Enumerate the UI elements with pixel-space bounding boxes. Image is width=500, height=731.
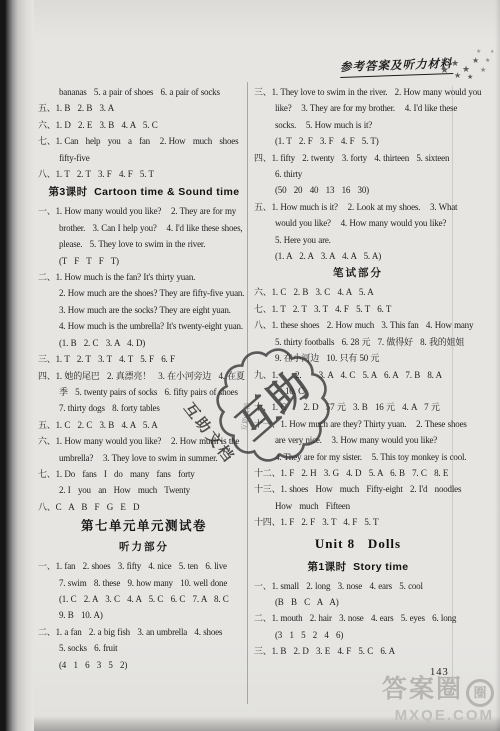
star-icon: ★ — [490, 50, 494, 55]
book-spine-edge — [0, 0, 34, 731]
answer-line: 六、1. D 2. E 3. B 4. A 5. C — [38, 117, 250, 133]
watermark-badge-icon: 圈 — [466, 679, 494, 707]
answer-line: (1. T 2. F 3. F 4. F 5. T) — [254, 133, 462, 149]
answer-line: 八、1. these shoes 2. How much 3. This fan… — [254, 317, 462, 333]
answer-line: 五、1. How much is it? 2. Look at my shoes… — [254, 199, 462, 215]
page-right-edge — [495, 0, 500, 731]
answer-line: 5. Here you are. — [254, 232, 462, 248]
answer-line: (4 1 6 3 5 2) — [38, 657, 250, 673]
watermark-url: MXQE.COM — [382, 707, 494, 725]
answer-line: 六、1. C 2. B 3. C 4. A 5. A — [254, 284, 462, 300]
answer-line: would you like? 4. How many would you li… — [254, 215, 462, 231]
answer-line: 二、1. How much is the fan? It's thirty yu… — [38, 269, 250, 285]
answer-line: (B B C A A) — [254, 594, 462, 610]
answer-line: please. 5. They love to swim in the rive… — [38, 236, 250, 252]
section-heading: Unit 8 Dolls — [254, 531, 462, 557]
section-heading: 第3课时 Cartoon time & Sound time — [38, 182, 250, 203]
answer-line: (1. C 2. A 3. C 4. A 5. C 6. C 7. A 8. C — [38, 591, 250, 607]
answer-line: 四、1. fifty 2. twenty 3. forty 4. thirtee… — [254, 150, 462, 166]
answer-line: 4. How much is the umbrella? It's twenty… — [38, 318, 250, 334]
section-heading: 第1课时 Story time — [254, 557, 462, 578]
answer-line: 二、1. mouth 2. hair 3. nose 4. ears 5. ey… — [254, 610, 462, 626]
answer-line: 七、1. T 2. T 3. T 4. F 5. T 6. T — [254, 301, 462, 317]
watermark: 答案圈圈 MXQE.COM — [382, 676, 494, 725]
star-icon: ★ — [472, 57, 479, 65]
answer-line: 十四、1. F 2. F 3. T 4. F 5. T — [254, 514, 462, 530]
section-heading: 听力部分 — [38, 538, 250, 558]
star-icon: ★ — [476, 49, 481, 55]
star-icon: ★ — [480, 67, 486, 74]
answer-line: brother. 3. Can I help you? 4. I'd like … — [38, 220, 250, 236]
answer-line: 5. socks 6. fruit — [38, 640, 250, 656]
answer-line: like? 3. They are for my brother. 4. I'd… — [254, 100, 462, 116]
answer-line: (T F T F T) — [38, 253, 250, 269]
star-icon: ★ — [454, 72, 461, 80]
page-header-title: 参考答案及听力材料 — [340, 55, 453, 78]
answer-line: 十二、1. F 2. H 3. G 4. D 5. A 6. B 7. C 8.… — [254, 465, 462, 481]
answer-line: How much Fifteen — [254, 498, 462, 514]
star-icon: ★ — [451, 59, 459, 68]
answer-line: 七、1. Do fans I do many fans forty — [38, 466, 250, 482]
answer-line: 七、1. Can help you a fan 2. How much shoe… — [38, 133, 250, 149]
watermark-logo-text: 答案圈 — [382, 675, 463, 703]
answer-line: 八、C A B F G E D — [38, 499, 250, 515]
answer-line: 十三、1. shoes How much Fifty-eight 2. I'd … — [254, 481, 462, 497]
answer-line: 9. B 10. A) — [38, 607, 250, 623]
star-icon: ★ — [485, 58, 490, 64]
answer-line: (3 1 5 2 4 6) — [254, 627, 462, 643]
answer-line: fifty-five — [38, 150, 250, 166]
answer-line: 2. How much are the shoes? They are fift… — [38, 285, 250, 301]
star-icon: ★ — [467, 74, 473, 81]
answer-line: socks. 5. How much is it? — [254, 117, 462, 133]
answer-line: 一、1. fan 2. shoes 3. fifty 4. nice 5. te… — [38, 558, 250, 574]
header-star-decoration: ★ ★ ★ ★ ★ ★ ★ ★ ★ ★ — [438, 44, 500, 86]
answer-line: 一、1. small 2. long 3. nose 4. ears 5. co… — [254, 578, 462, 594]
answer-line: 八、1. T 2. T 3. F 4. F 5. T — [38, 166, 250, 182]
section-heading: 第七单元单元测试卷 — [38, 515, 250, 538]
star-icon: ★ — [440, 66, 449, 76]
answer-line: bananas 5. a pair of shoes 6. a pair of … — [38, 84, 250, 100]
answer-line: 2. I you an How much Twenty — [38, 482, 250, 498]
answer-line: 三、1. B 2. D 3. E 4. F 5. C 6. A — [254, 643, 462, 659]
answer-line: 三、1. They love to swim in the river. 2. … — [254, 84, 462, 100]
answer-line: 6. thirty — [254, 166, 462, 182]
page-crease-line — [452, 86, 453, 682]
answer-line: 一、1. How many would you like? 2. They ar… — [38, 203, 250, 219]
answer-line: (1. B 2. C 3. A 4. D) — [38, 335, 250, 351]
answer-line: 7. swim 8. these 9. how many 10. well do… — [38, 575, 250, 591]
answer-line: (50 20 40 13 16 30) — [254, 182, 462, 198]
answer-line: (1. A 2. A 3. A 4. A 5. A) — [254, 248, 462, 264]
answer-line: 五、1. B 2. B 3. A — [38, 100, 250, 116]
section-heading: 笔试部分 — [254, 264, 462, 284]
stamp-text: 互助 — [229, 363, 318, 449]
answer-line: 二、1. a fan 2. a big fish 3. an umbrella … — [38, 624, 250, 640]
answer-line: 3. How much are the socks? They are eigh… — [38, 302, 250, 318]
